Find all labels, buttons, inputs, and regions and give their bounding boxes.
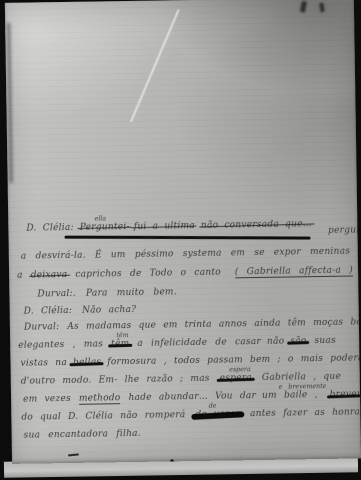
handwriting-segment: fui a ultima (134, 221, 195, 232)
interlinear-insertion: e brevemente (279, 382, 327, 390)
manuscript-line: elegantes , mastêmtêma infelicidade de c… (18, 336, 336, 351)
handwriting-segment: Para muito bem. (86, 287, 177, 298)
manuscript-line: adeixavacaprichos de Todo o canto( Gabri… (17, 266, 353, 282)
handwriting-segment: pergunta (328, 225, 361, 236)
handwriting-segment: a (17, 271, 23, 281)
manuscript-line: D. Clélia:Não acha? (24, 305, 137, 317)
interlinear-insertion: de (209, 402, 217, 409)
manuscript-line: em vezesmethodohade abundar… Vou darum b… (23, 389, 361, 406)
handwriting-segment: d'outro modo. Em- lhe razão ; mas (21, 374, 210, 387)
manuscript-line: Durval:As madamas que em trinta annos ai… (24, 317, 361, 333)
handwriting-segment: não conversada que… (201, 219, 312, 231)
interlinear-insertion: ella (95, 215, 107, 222)
handwriting-segment: ( Gabriella affecta-a ) (235, 266, 353, 279)
handwriting-segment: não (267, 337, 284, 347)
handwriting-segment: Não acha? (82, 305, 136, 316)
manuscript-line: D. Clélia:Perguntei-ellafui a ultimanão … (26, 218, 361, 233)
handwriting-segment: D. Clélia: (26, 223, 74, 234)
ink-mark (68, 453, 79, 456)
manuscript-paper: D. Clélia:Perguntei-ellafui a ultimanão … (5, 0, 361, 464)
interlinear-insertion: têm (116, 332, 128, 339)
handwriting-segment: bellas (73, 357, 101, 367)
handwriting-segment: do qual D. Clélia não romperá (21, 410, 185, 423)
handwriting-segment: um baile ,e brevemente (262, 390, 318, 401)
handwriting-segment: Durval: (24, 322, 60, 333)
handwriting-segment: esperaespera (220, 373, 252, 384)
manuscript-line: a desvirá-la. É um péssimo systema em se… (21, 245, 361, 261)
handwriting-segment: brevemente (330, 389, 361, 400)
handwriting-segment: Gabriella , que (262, 372, 341, 383)
handwriting-segment: Perguntei-ella (80, 222, 130, 233)
handwriting-segment: D. Clélia: (24, 306, 73, 317)
handwriting-segment: hade abundar… Vou dar (128, 391, 256, 403)
manuscript-line: vistas nabellasformosura , todos passam … (20, 353, 361, 369)
handwriting-segment: antes fazer as honras , em (250, 407, 361, 419)
handwriting-segment: methodo (79, 393, 121, 405)
handwriting-segment: Durval:. (37, 289, 76, 300)
interlinear-insertion: espera (229, 366, 251, 373)
handwriting-segment: deixava (31, 270, 68, 281)
handwriting-segment: elegantes , mas (18, 339, 103, 350)
handwriting-segment: sua encantadora filha. (24, 429, 141, 441)
handwriting-segment: a infelicidade de casar (137, 337, 261, 349)
handwriting-segment: de verasde (195, 409, 240, 420)
handwriting-segment: suas (314, 336, 336, 346)
handwriting-segment: As madamas que em trinta annos ainda têm… (67, 317, 361, 332)
handwriting-segment: têmtêm (111, 339, 129, 349)
handwriting-segment: são (290, 336, 306, 346)
handwriting-segment: vistas na (20, 358, 67, 369)
manuscript-line: Durval:.Para muito bem. (37, 287, 177, 299)
handwriting-segment: a desvirá-la. É um péssimo systema em se… (21, 245, 361, 261)
manuscript-line: sua encantadora filha. (24, 429, 141, 441)
manuscript-line: do qual D. Clélia não romperáde verasdea… (21, 407, 361, 423)
manuscript-photo: { "colors": { "frame": "#0c0c0c", "paper… (0, 0, 361, 480)
handwritten-text-block: D. Clélia:Perguntei-ellafui a ultimanão … (5, 0, 361, 464)
handwriting-segment: caprichos de Todo o canto (75, 268, 221, 280)
handwriting-segment: em vezes (23, 394, 71, 405)
